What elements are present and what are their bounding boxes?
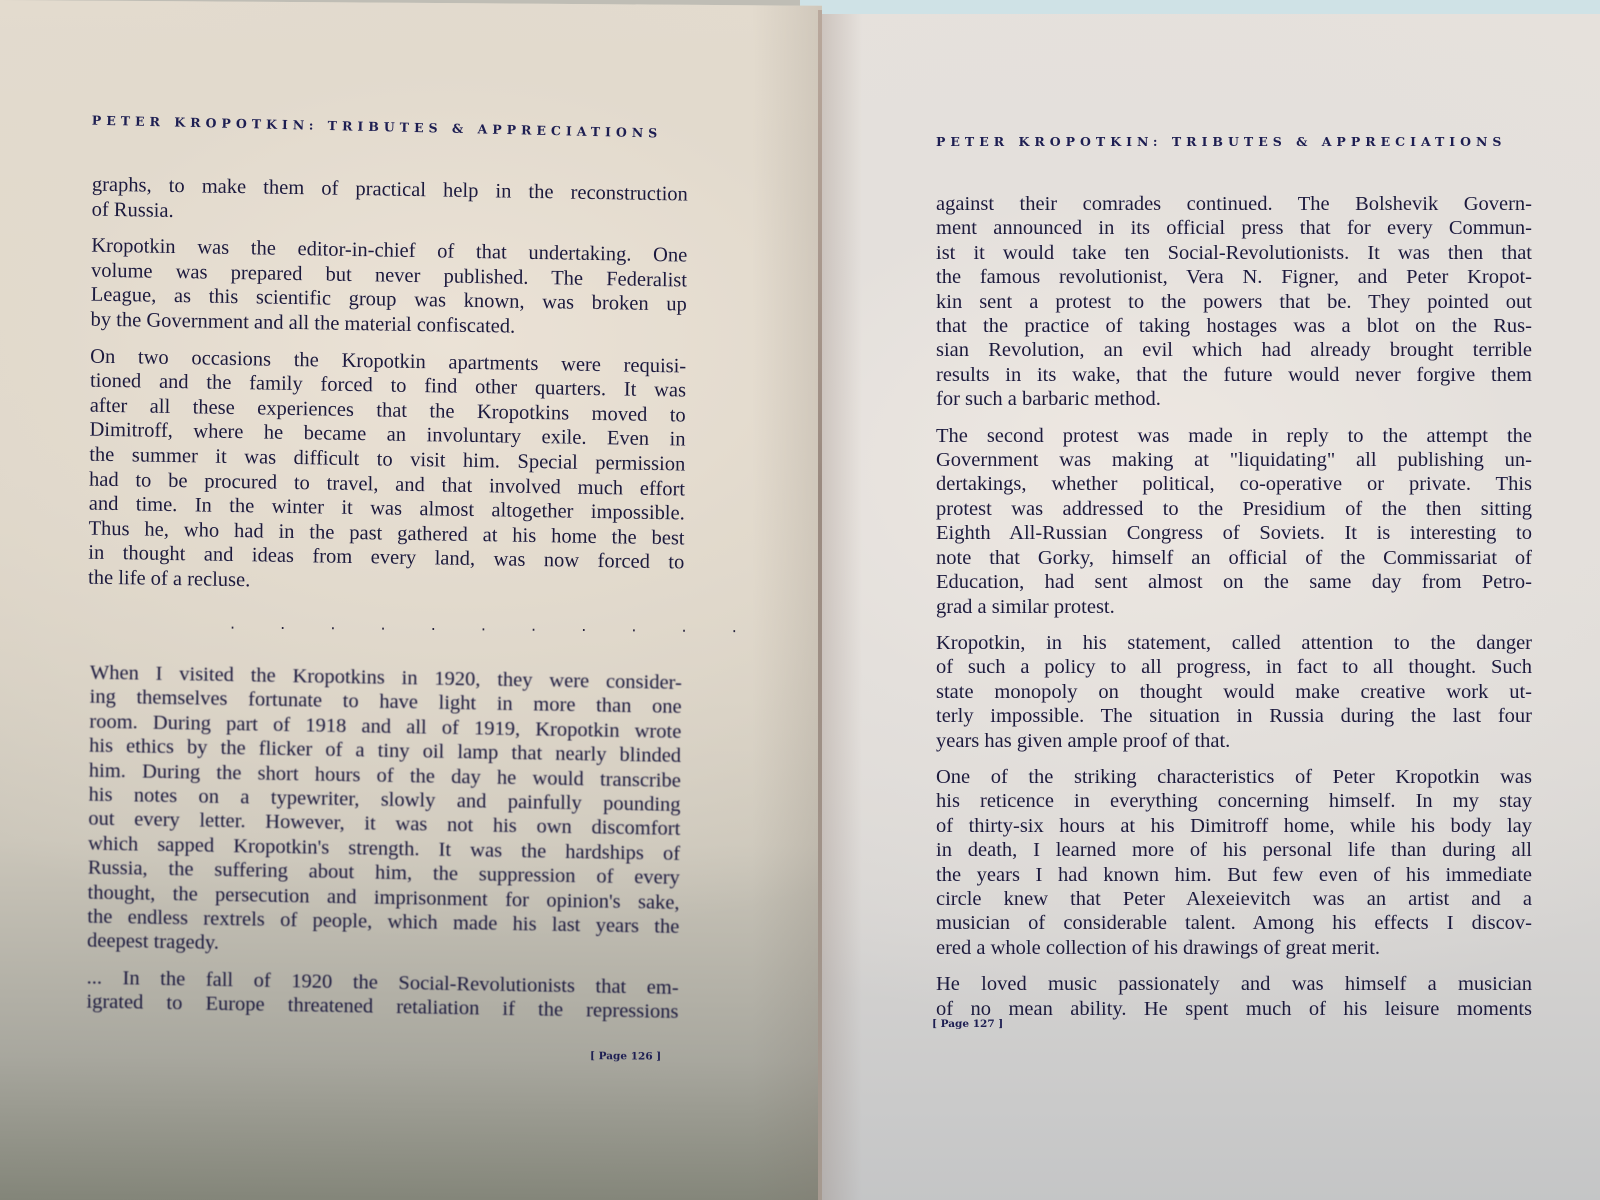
text-line: the famous revolutionist, Vera N. Figner… — [936, 265, 1532, 289]
right-paragraph-5: He loved music passionately and was hims… — [936, 972, 1532, 1021]
text-line: his reticence in everything concerning h… — [936, 789, 1532, 813]
text-line: of thirty-six hours at his Dimitroff hom… — [936, 814, 1532, 838]
text-line: results in its wake, that the future wou… — [936, 363, 1532, 387]
text-line: the years I had known him. But few even … — [936, 863, 1532, 887]
text-line: sian Revolution, an evil which had alrea… — [936, 338, 1532, 362]
right-paragraph-4: One of the striking characteristics of P… — [936, 765, 1532, 960]
text-line: The second protest was made in reply to … — [936, 424, 1532, 448]
text-line: for such a barbaric method. — [936, 387, 1532, 411]
text-line: circle knew that Peter Alexeievitch was … — [936, 887, 1532, 911]
right-paragraph-3: Kropotkin, in his statement, called atte… — [936, 631, 1532, 753]
left-page-upper-text: graphs, to make them of practical help i… — [88, 173, 688, 612]
right-running-head: PETER KROPOTKIN: TRIBUTES & APPRECIATION… — [936, 134, 1506, 149]
background-sky — [800, 0, 1600, 14]
text-line: in death, I learned more of his personal… — [936, 838, 1532, 862]
left-paragraph-2: Kropotkin was the editor-in-chief of tha… — [90, 234, 687, 342]
left-page-number: [ Page 126 ] — [590, 1050, 661, 1062]
text-line: ment announced in its official press tha… — [936, 216, 1532, 240]
section-separator-dots: . . . . . . . . . . . — [230, 614, 530, 635]
text-line: of no mean ability. He spent much of his… — [936, 997, 1532, 1021]
left-paragraph-5: ... In the fall of 1920 the Social-Revol… — [86, 965, 678, 1024]
right-page-number: [ Page 127 ] — [932, 1018, 1003, 1030]
text-line: dertakings, whether political, co-operat… — [936, 472, 1532, 496]
right-paragraph-1: against their comrades continued. The Bo… — [936, 192, 1532, 412]
text-line: ist it would take ten Social-Revolutioni… — [936, 241, 1532, 265]
text-line: terly impossible. The situation in Russi… — [936, 704, 1532, 728]
text-line: of such a policy to all progress, in fac… — [936, 655, 1532, 679]
text-line: against their comrades continued. The Bo… — [936, 192, 1532, 216]
left-paragraph-3: On two occasions the Kropotkin apartment… — [88, 344, 686, 600]
left-paragraph-4: When I visited the Kropotkins in 1920, t… — [87, 661, 682, 964]
text-line: Kropotkin, in his statement, called atte… — [936, 631, 1532, 655]
text-line: kin sent a protest to the powers that be… — [936, 290, 1532, 314]
text-line: One of the striking characteristics of P… — [936, 765, 1532, 789]
left-paragraph-1: graphs, to make them of practical help i… — [92, 173, 688, 232]
text-line: state monopoly on thought would make cre… — [936, 680, 1532, 704]
text-line: ered a whole collection of his drawings … — [936, 936, 1532, 960]
text-line: Education, had sent almost on the same d… — [936, 570, 1532, 594]
text-line: note that Gorky, himself an official of … — [936, 546, 1532, 570]
text-line: musician of considerable talent. Among h… — [936, 911, 1532, 935]
right-page-text: against their comrades continued. The Bo… — [936, 192, 1532, 1033]
open-book-spread: PETER KROPOTKIN: TRIBUTES & APPRECIATION… — [0, 0, 1600, 1200]
text-line: years has given ample proof of that. — [936, 729, 1532, 753]
left-running-head: PETER KROPOTKIN: TRIBUTES & APPRECIATION… — [92, 113, 663, 141]
text-line: Eighth All-Russian Congress of Soviets. … — [936, 521, 1532, 545]
text-line: protest was addressed to the Presidium o… — [936, 497, 1532, 521]
text-line: that the practice of taking hostages was… — [936, 314, 1532, 338]
text-line: He loved music passionately and was hims… — [936, 972, 1532, 996]
text-line: Government was making at "liquidating" a… — [936, 448, 1532, 472]
text-line: grad a similar protest. — [936, 595, 1532, 619]
left-page-lower-text: When I visited the Kropotkins in 1920, t… — [86, 661, 682, 1037]
left-page: PETER KROPOTKIN: TRIBUTES & APPRECIATION… — [0, 0, 822, 1200]
right-paragraph-2: The second protest was made in reply to … — [936, 424, 1532, 619]
